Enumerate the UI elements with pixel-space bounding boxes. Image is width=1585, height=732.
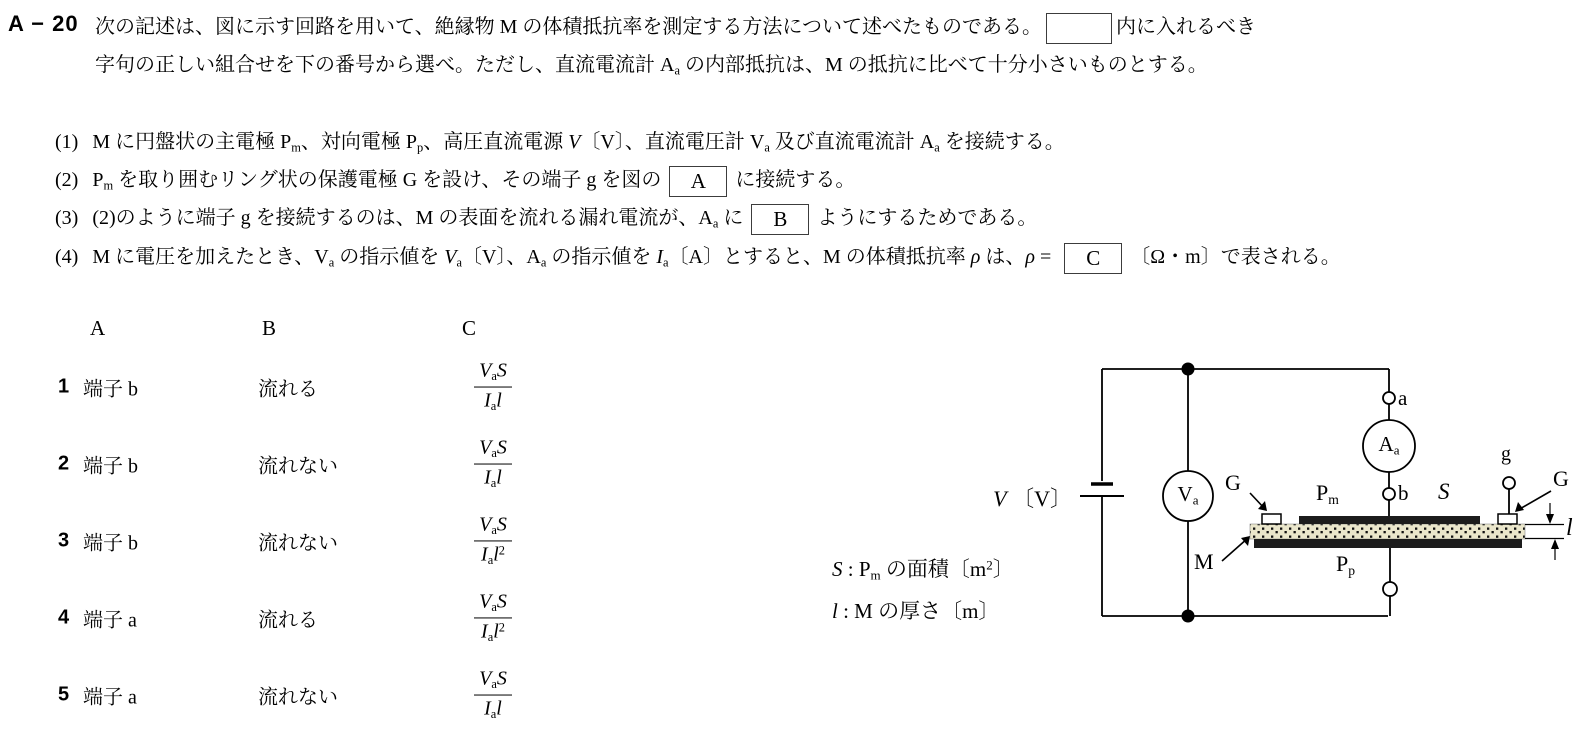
choice-3-number: 3 <box>58 530 69 553</box>
counter-electrode-label: Pp <box>1336 551 1355 579</box>
formula-numerator: VaS <box>474 590 512 618</box>
terminal-a-label: a <box>1398 386 1407 411</box>
item-2-text: Pm を取り囲むリング状の保護電極 G を設け、その端子 g を図のAに接続する… <box>92 169 855 191</box>
junction-dot-top <box>1182 363 1195 376</box>
formula-denominator: Ial2 <box>481 619 505 646</box>
choice-row-2: 2 端子 b 流れない VaS Ial <box>58 432 618 496</box>
choice-4-number: 4 <box>58 607 69 630</box>
area-label: S <box>1438 479 1450 505</box>
ammeter-label: Aa <box>1364 432 1414 459</box>
choice-3-a: 端子 b <box>83 527 138 556</box>
choice-row-4: 4 端子 a 流れる VaS Ial2 <box>58 586 618 650</box>
thickness-label: l <box>1566 515 1573 542</box>
terminal-b-label: b <box>1398 481 1409 506</box>
main-electrode-pm <box>1299 516 1480 524</box>
main-electrode-label: Pm <box>1316 480 1339 508</box>
item-3-text: (2)のように端子 g を接続するのは、M の表面を流れる漏れ電流が、Aa にB… <box>92 207 1037 229</box>
choice-2-formula: VaS Ial <box>458 437 528 492</box>
item-1-text: M に円盤状の主電極 Pm、対向電極 Pp、高圧直流電源 V〔V〕、直流電圧計 … <box>92 131 1064 153</box>
exam-page: { "header": { "qnum": "A − 20" }, "quest… <box>0 0 1585 732</box>
question-text-line1: 次の記述は、図に示す回路を用いて、絶縁物 M の体積抵抗率を測定する方法について… <box>95 10 1256 44</box>
guard-right-label: G <box>1553 466 1569 492</box>
item-2: (2)Pm を取り囲むリング状の保護電極 G を設け、その端子 g を図のAに接… <box>55 162 855 203</box>
item-3-number: (3) <box>55 200 78 236</box>
question-text-line2: 字句の正しい組合せを下の番号から選べ。ただし、直流電流計 Aa の内部抵抗は、M… <box>95 48 1208 87</box>
terminal-a-node <box>1383 392 1395 404</box>
terminal-g-label: g <box>1501 443 1511 466</box>
formula-denominator: Ial <box>484 388 502 414</box>
insulator-m <box>1250 524 1525 539</box>
item-2-number: (2) <box>55 162 78 198</box>
choice-row-1: 1 端子 b 流れる VaS Ial <box>58 355 618 419</box>
choice-3-formula: VaS Ial2 <box>458 513 528 568</box>
choice-5-formula: VaS Ial <box>458 668 528 723</box>
thickness-definition: l : M の厚さ〔m〕 <box>832 595 999 625</box>
junction-dot-bottom <box>1182 610 1195 623</box>
guard-left-label: G <box>1225 470 1241 496</box>
choice-row-5: 5 端子 a 流れない VaS Ial <box>58 663 618 727</box>
choice-2-number: 2 <box>58 453 69 476</box>
choice-1-b: 流れる <box>258 373 318 402</box>
battery-icon <box>1080 484 1124 496</box>
formula-numerator: VaS <box>474 360 512 388</box>
formula-denominator: Ial <box>484 465 502 491</box>
item-1-number: (1) <box>55 124 78 160</box>
area-definition: S : Pm の面積〔m2〕 <box>832 553 1014 584</box>
item-4-number: (4) <box>55 239 78 275</box>
column-header-c: C <box>462 316 476 341</box>
choice-row-3: 3 端子 b 流れない VaS Ial2 <box>58 509 618 573</box>
voltmeter-label: Va <box>1163 482 1213 509</box>
item-4-text: M に電圧を加えたとき、Va の指示値を Va〔V〕、Aa の指示値を Ia〔A… <box>92 246 1340 268</box>
formula-numerator: VaS <box>474 668 512 696</box>
column-header-b: B <box>262 316 276 341</box>
guard-electrode-left <box>1262 514 1281 524</box>
insulator-label: M <box>1194 549 1214 575</box>
choice-5-number: 5 <box>58 684 69 707</box>
choice-1-a: 端子 b <box>83 373 138 402</box>
choice-5-b: 流れない <box>258 681 338 710</box>
question-number: A − 20 <box>8 11 79 37</box>
counter-electrode-pp <box>1254 539 1522 548</box>
circuit-diagram: V 〔V〕 Va Aa a b g G G Pm S M Pp l S : Pm… <box>820 350 1585 660</box>
formula-denominator: Ial2 <box>481 542 505 569</box>
choice-4-formula: VaS Ial2 <box>458 590 528 645</box>
choice-1-number: 1 <box>58 376 69 399</box>
item-3: (3)(2)のように端子 g を接続するのは、M の表面を流れる漏れ電流が、Aa… <box>55 200 1037 241</box>
choice-3-b: 流れない <box>258 527 338 556</box>
choice-4-b: 流れる <box>258 604 318 633</box>
terminal-b-node <box>1383 488 1395 500</box>
thickness-dimension <box>1525 503 1564 560</box>
column-header-a: A <box>90 316 105 341</box>
terminal-pp-node <box>1383 582 1397 596</box>
choice-2-a: 端子 b <box>83 450 138 479</box>
item-4: (4)M に電圧を加えたとき、Va の指示値を Va〔V〕、Aa の指示値を I… <box>55 239 1341 280</box>
terminal-g-node <box>1503 477 1515 489</box>
item-1: (1)M に円盤状の主電極 Pm、対向電極 Pp、高圧直流電源 V〔V〕、直流電… <box>55 124 1065 165</box>
source-voltage-label: V 〔V〕 <box>960 482 1072 513</box>
choice-4-a: 端子 a <box>83 604 137 633</box>
formula-denominator: Ial <box>484 696 502 722</box>
guard-electrode-right <box>1498 514 1517 524</box>
formula-numerator: VaS <box>474 513 512 541</box>
choice-1-formula: VaS Ial <box>458 360 528 415</box>
formula-numerator: VaS <box>474 437 512 465</box>
choice-2-b: 流れない <box>258 450 338 479</box>
choice-5-a: 端子 a <box>83 681 137 710</box>
